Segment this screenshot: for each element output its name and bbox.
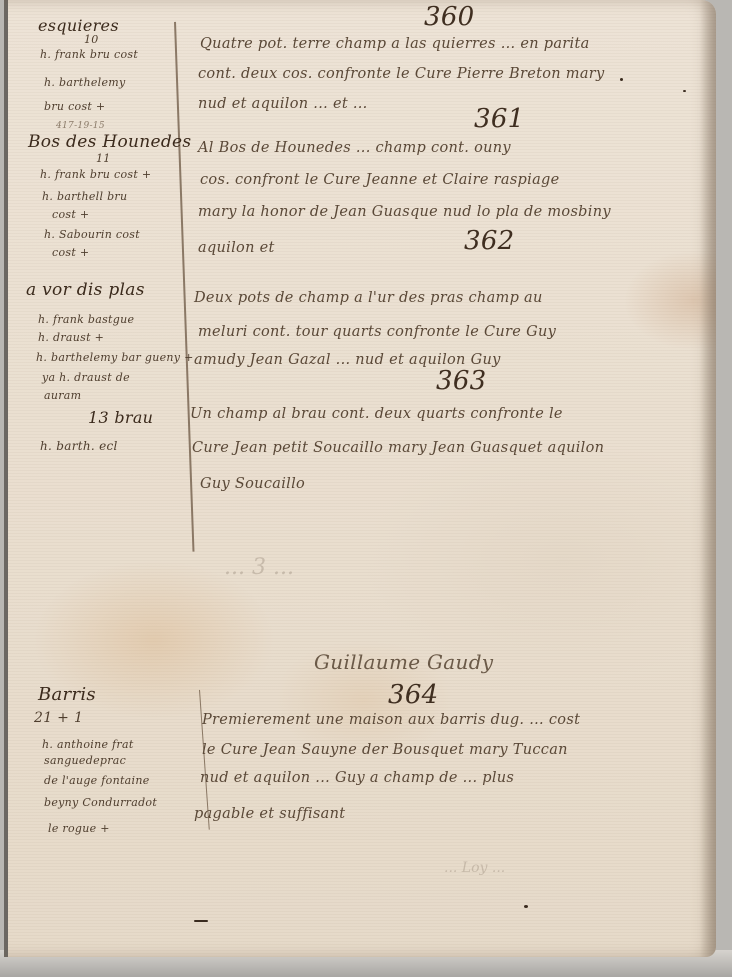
entry-number: 363 <box>436 366 487 396</box>
ink-speck <box>524 905 528 908</box>
bleed-through-text: ... 3 ... <box>224 555 294 580</box>
bleed-through-text: ... Loy ... <box>444 860 505 876</box>
margin-number: 11 <box>96 152 111 165</box>
entry-line: Un champ al brau cont. deux quarts confr… <box>190 406 563 422</box>
margin-line: le rogue + <box>48 822 110 835</box>
margin-line: beyny Condurradot <box>44 796 157 809</box>
entry-line: aquilon et <box>198 240 275 256</box>
manuscript-page: ... 3 ... ... Loy ... esquieres 10 h. fr… <box>4 0 716 957</box>
margin-line: h. frank bru cost + <box>40 168 151 181</box>
margin-line: ya h. draust de <box>42 371 130 384</box>
margin-heading: Bos des Hounedes <box>28 132 191 152</box>
ink-speck <box>194 920 208 922</box>
document-scan: ... 3 ... ... Loy ... esquieres 10 h. fr… <box>0 0 732 977</box>
entry-line: Al Bos de Hounedes ... champ cont. ouny <box>198 140 511 156</box>
margin-line: de l'auge fontaine <box>44 774 150 787</box>
entry-line: nud et aquilon ... et ... <box>198 96 368 112</box>
page-edge-shadow <box>700 0 716 957</box>
margin-number: 10 <box>84 33 99 46</box>
ink-speck <box>683 90 686 92</box>
margin-line: h. Sabourin cost <box>44 228 140 241</box>
margin-line: cost + <box>52 208 89 221</box>
margin-line: bru cost + <box>44 100 105 113</box>
margin-line: h. barthelemy <box>44 76 126 89</box>
margin-line: h. frank bru cost <box>40 48 138 61</box>
margin-line: h. barthell bru <box>42 190 127 203</box>
margin-line: sanguedeprac <box>44 754 126 767</box>
entry-number: 360 <box>424 2 475 32</box>
entry-line: mary la honor de Jean Guasque nud lo pla… <box>198 204 611 220</box>
entry-number: 364 <box>388 680 439 710</box>
entry-line: Deux pots de champ a l'ur des pras champ… <box>194 290 543 306</box>
entry-line: nud et aquilon ... Guy a champ de ... pl… <box>200 770 514 786</box>
entry-line: Quatre pot. terre champ a las quierres .… <box>200 36 590 52</box>
margin-heading: Barris <box>38 684 96 705</box>
margin-line: auram <box>44 389 81 402</box>
entry-line: cont. deux cos. confronte le Cure Pierre… <box>198 66 605 82</box>
entry-number: 362 <box>464 226 515 256</box>
entry-line: Guy Soucaillo <box>200 476 305 492</box>
ink-speck <box>620 78 623 81</box>
margin-line: h. barthelemy bar gueny + <box>36 351 194 364</box>
margin-heading: a vor dis plas <box>26 280 145 300</box>
entry-line: meluri cont. tour quarts confronte le Cu… <box>198 324 556 340</box>
margin-heading: 13 brau <box>88 408 153 427</box>
entry-owner-heading: Guillaume Gaudy <box>314 650 493 674</box>
margin-line: h. anthoine frat <box>42 738 134 751</box>
entry-line: le Cure Jean Sauyne der Bousquet mary Tu… <box>202 742 568 758</box>
margin-line: h. frank bastgue <box>38 313 134 326</box>
margin-number: 21 + 1 <box>34 712 83 725</box>
margin-line: h. draust + <box>38 331 104 344</box>
entry-line: Cure Jean petit Soucaillo mary Jean Guas… <box>192 440 604 456</box>
margin-rule <box>174 22 194 552</box>
entry-line: cos. confront le Cure Jeanne et Claire r… <box>200 172 560 188</box>
margin-line: cost + <box>52 246 89 259</box>
margin-heading: esquieres <box>38 16 119 35</box>
margin-line: h. barth. ecl <box>40 440 118 453</box>
entry-line: pagable et suffisant <box>194 806 345 822</box>
entry-line: Premierement une maison aux barris dug. … <box>202 712 580 728</box>
entry-number: 361 <box>474 104 525 134</box>
